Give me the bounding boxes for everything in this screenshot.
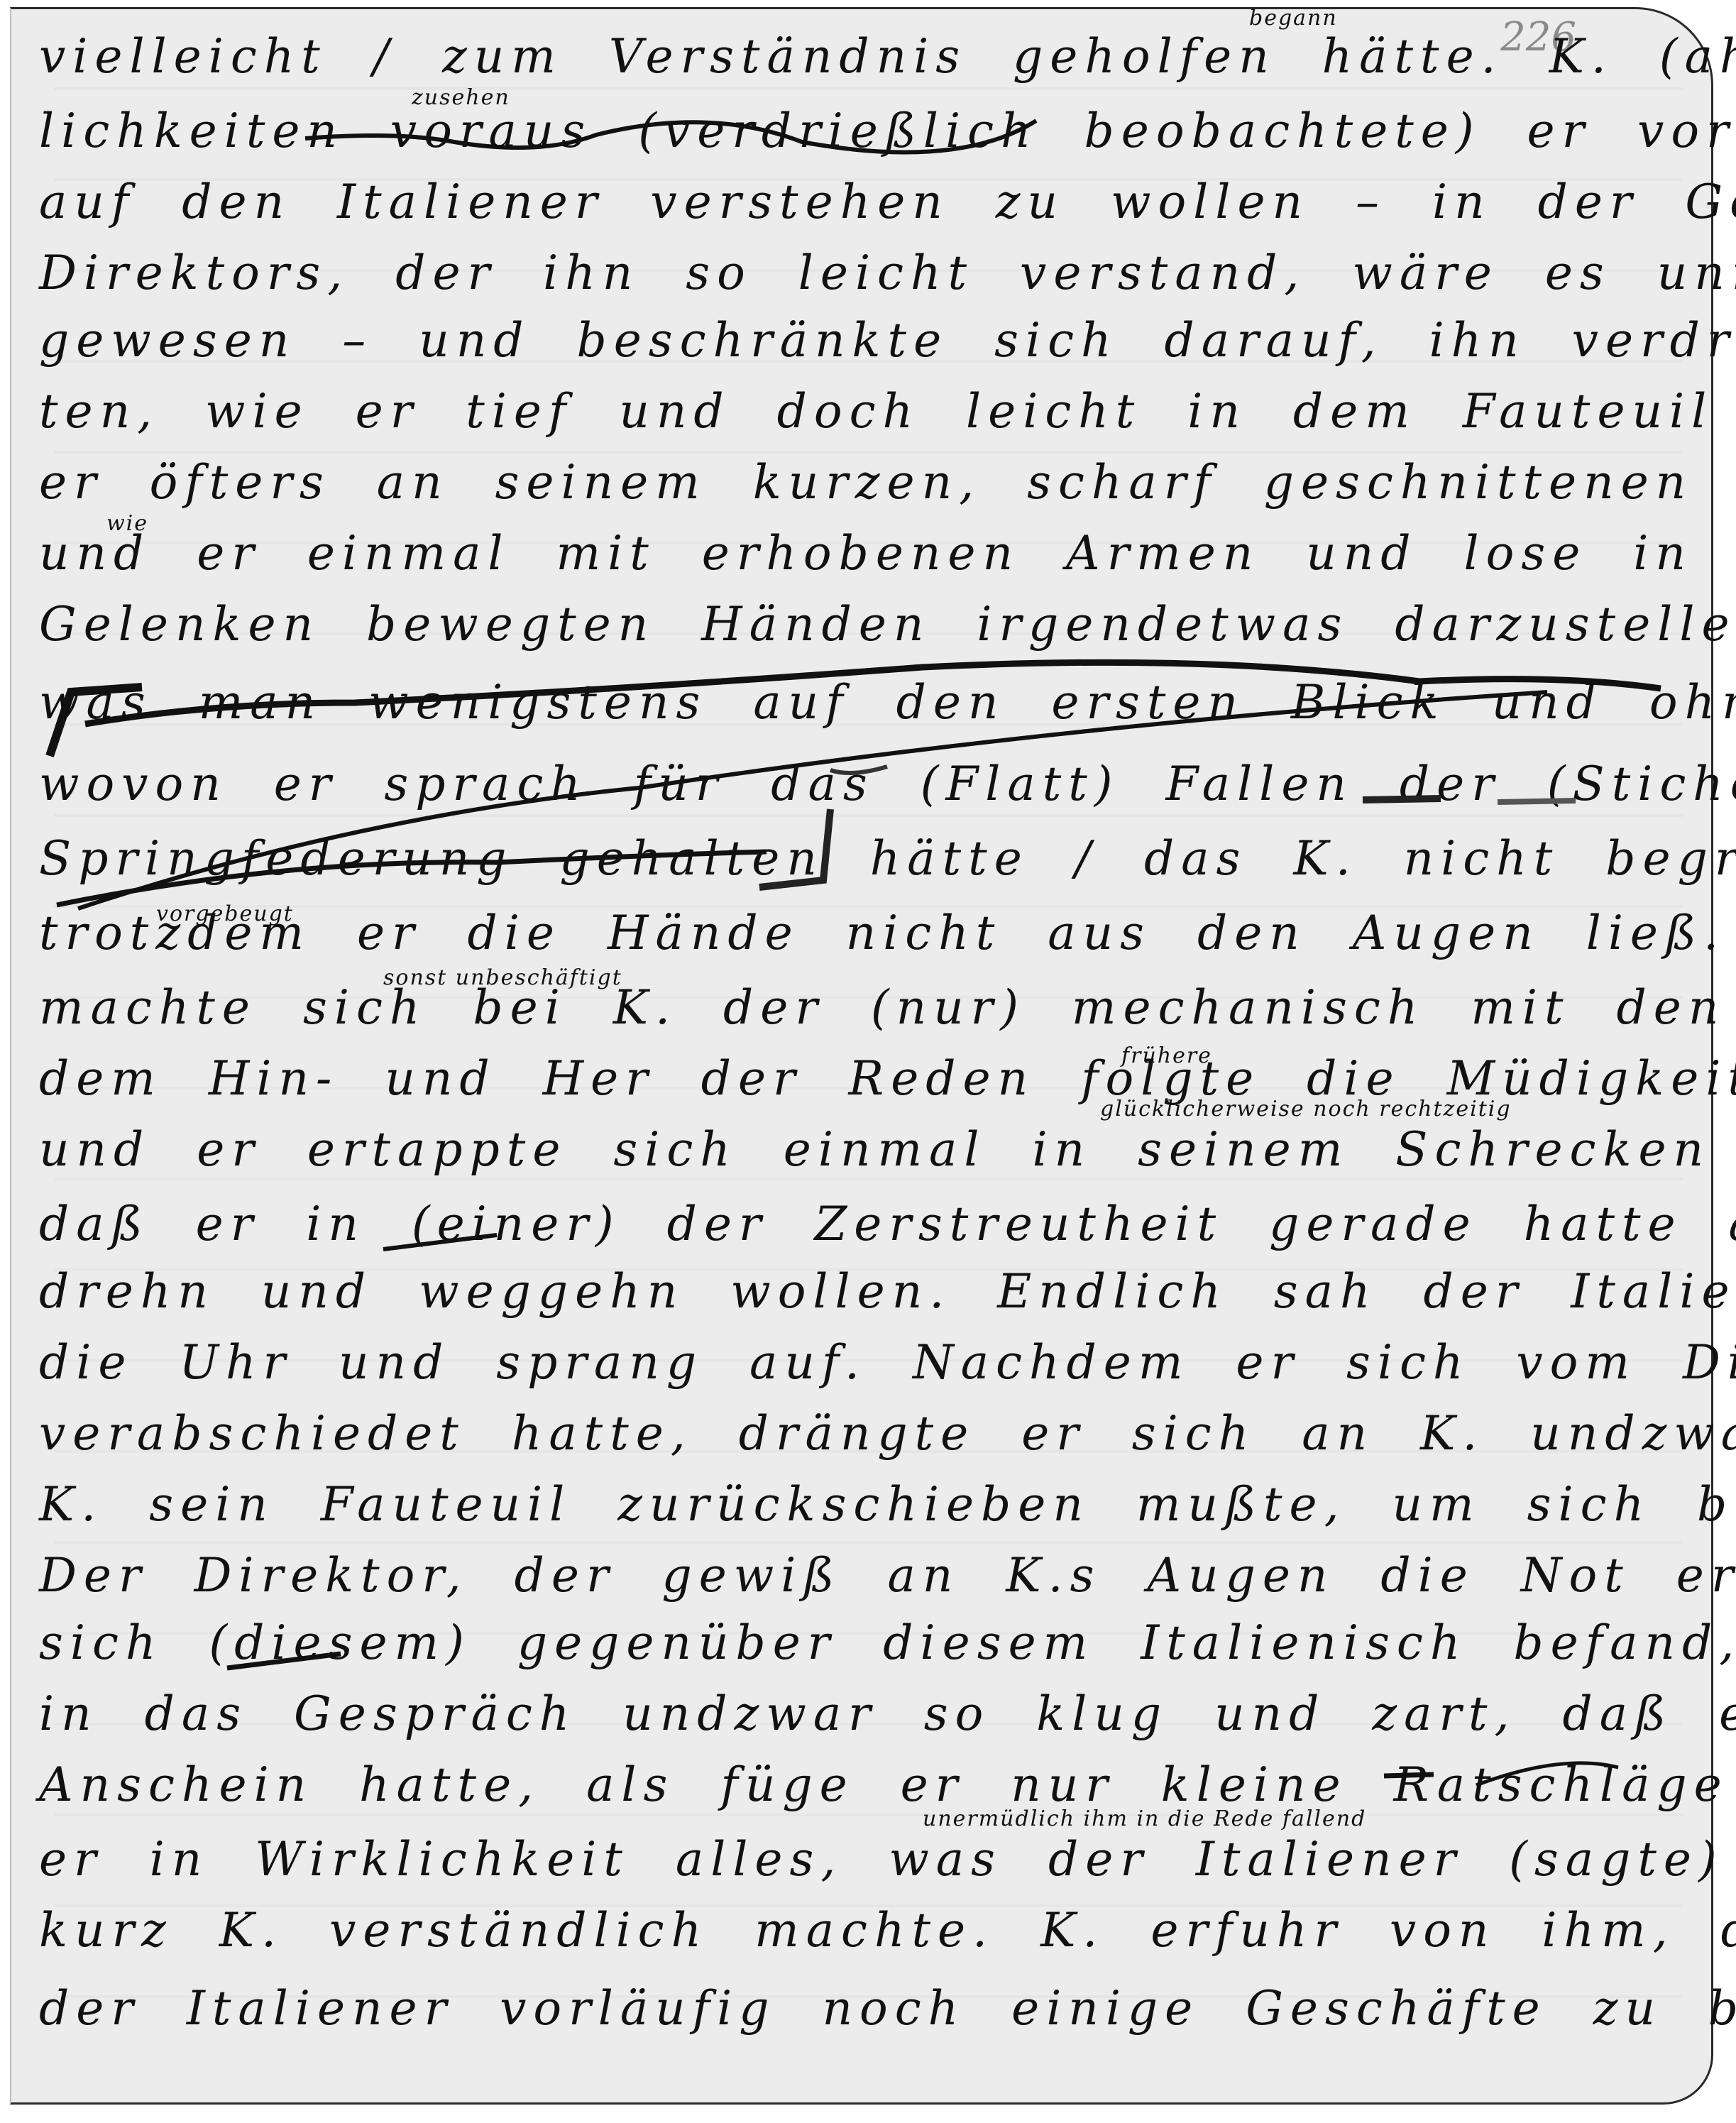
manuscript-line: Springfederung gehalten hätte / das K. n… (39, 816, 1693, 901)
interlinear-insert: sonst unbeschäftigt (383, 965, 622, 990)
interlinear-insert: begann (1249, 6, 1338, 31)
manuscript-line: vielleicht / zum Verständnis geholfen hä… (39, 14, 1693, 99)
manuscript-line: Gelenken bewegten Händen irgendetwas dar… (39, 582, 1693, 667)
manuscript-line: wovon er sprach für das (Flatt) Fallen d… (39, 742, 1693, 827)
manuscript-line: Anschein hatte, als füge er nur kleine R… (39, 1743, 1693, 1828)
interlinear-insert: frühere (1121, 1043, 1212, 1068)
interlinear-insert: unermüdlich ihm in die Rede fallend (923, 1806, 1366, 1831)
manuscript-line: der Italiener vorläufig noch einige Gesc… (39, 1966, 1693, 2051)
manuscript-line-struck: was man wenigstens auf den ersten Blick … (39, 660, 1693, 745)
interlinear-insert: zusehen (412, 85, 510, 110)
manuscript-line: kurz K. verständlich machte. K. erfuhr v… (39, 1888, 1693, 1973)
interlinear-insert: glücklicherweise noch rechtzeitig (1100, 1097, 1512, 1121)
interlinear-insert: wie (106, 511, 148, 536)
interlinear-insert: vorgebeugt (156, 901, 294, 926)
